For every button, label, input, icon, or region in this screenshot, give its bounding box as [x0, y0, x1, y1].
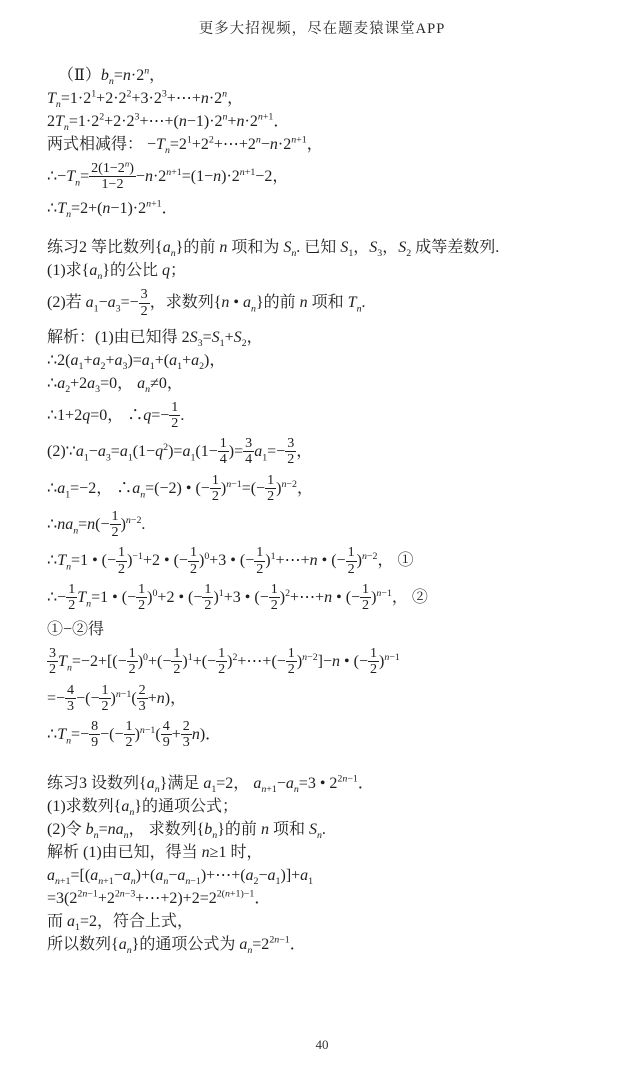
- fraction: 12: [110, 509, 121, 540]
- math-line-13: ∴1+2q=0， ∴q=−12.: [47, 400, 614, 431]
- math-line-29: 而 a1=2，符合上式，: [47, 910, 614, 933]
- fraction: 12: [286, 646, 297, 677]
- math-line-7: 练习2 等比数列{an}的前 n 项和为 Sn. 已知 S1，S3，S2 成等差…: [47, 236, 614, 259]
- fraction: 32: [139, 287, 150, 318]
- math-line-15: ∴a1=−2， ∴an=(−2) • (−12)n−1=(−12)n−2，: [47, 473, 614, 504]
- math-line-23: 练习3 设数列{an}满足 a1=2， an+1−an=3 • 22n−1．: [47, 772, 614, 795]
- fraction: 12: [169, 400, 180, 431]
- math-line-21: =−43−(−12)n−1(23+n)，: [47, 683, 614, 714]
- page-header-watermark: 更多大招视频，尽在题麦猿课堂APP: [0, 0, 644, 38]
- fraction: 12: [265, 473, 276, 504]
- math-line-14: (2)∵a1−a3=a1(1−q2)=a1(1−14)=34a1=−32，: [47, 436, 614, 467]
- math-line-22: ∴Tn=−89−(−12)n−1(49+23n)．: [47, 719, 614, 750]
- math-line-19: ①−②得: [47, 618, 614, 641]
- fraction: 12: [66, 582, 77, 613]
- fraction: 12: [269, 582, 280, 613]
- math-content: （Ⅱ）bn=n·2n，Tn=1·21+2·22+3·23+⋯+n·2n，2Tn=…: [0, 38, 644, 956]
- math-line-4: 两式相减得： −Tn=21+22+⋯+2n−n·2n+1，: [47, 133, 614, 156]
- math-line-20: 32Tn=−2+[(−12)0+(−12)1+(−12)2+⋯+(−12)n−2…: [47, 646, 614, 677]
- fraction: 12: [368, 646, 379, 677]
- math-line-16: ∴nan=n(−12)n−2.: [47, 509, 614, 540]
- math-line-26: 解析 (1)由已知，得当 n≥1 时，: [47, 841, 614, 864]
- fraction: 12: [346, 545, 357, 576]
- math-line-2: Tn=1·21+2·22+3·23+⋯+n·2n，: [47, 87, 614, 110]
- fraction: 49: [161, 719, 172, 750]
- document-page: 更多大招视频，尽在题麦猿课堂APP （Ⅱ）bn=n·2n，Tn=1·21+2·2…: [0, 0, 644, 1086]
- fraction: 12: [136, 582, 147, 613]
- math-line-12: ∴a2+2a3=0， an≠0，: [47, 372, 614, 395]
- math-line-18: ∴−12Tn=1 • (−12)0+2 • (−12)1+3 • (−12)2+…: [47, 582, 614, 613]
- fraction: 32: [47, 646, 58, 677]
- fraction: 2(1−2n)1−2: [89, 161, 136, 192]
- math-line-28: =3(22n−1+22n−3+⋯+2)+2=22(n+1)−1．: [47, 887, 614, 910]
- math-line-17: ∴Tn=1 • (−12)−1+2 • (−12)0+3 • (−12)1+⋯+…: [47, 545, 614, 576]
- fraction: 43: [65, 683, 76, 714]
- fraction: 12: [116, 545, 127, 576]
- fraction: 12: [124, 719, 135, 750]
- fraction: 12: [188, 545, 199, 576]
- fraction: 23: [181, 719, 192, 750]
- math-line-1: （Ⅱ）bn=n·2n，: [58, 64, 614, 87]
- fraction: 32: [285, 436, 296, 467]
- fraction: 12: [254, 545, 265, 576]
- fraction: 89: [89, 719, 100, 750]
- math-line-27: an+1=[(an+1−an)+(an−an−1)+⋯+(a2−a1)]+a1: [47, 864, 614, 887]
- fraction: 12: [210, 473, 221, 504]
- math-line-10: 解析：(1)由已知得 2S3=S1+S2，: [47, 326, 614, 349]
- math-line-30: 所以数列{an}的通项公式为 an=22n−1．: [47, 933, 614, 956]
- math-line-9: (2)若 a1−a3=−32，求数列{n • an}的前 n 项和 Tn.: [47, 287, 614, 318]
- fraction: 12: [360, 582, 371, 613]
- fraction: 12: [127, 646, 138, 677]
- fraction: 12: [202, 582, 213, 613]
- fraction: 12: [171, 646, 182, 677]
- fraction: 12: [216, 646, 227, 677]
- fraction: 14: [218, 436, 229, 467]
- fraction: 34: [243, 436, 254, 467]
- math-line-5: ∴−Tn=2(1−2n)1−2−n·2n+1=(1−n)·2n+1−2，: [47, 161, 614, 192]
- math-line-3: 2Tn=1·22+2·23+⋯+(n−1)·2n+n·2n+1．: [47, 110, 614, 133]
- math-line-25: (2)令 bn=nan， 求数列{bn}的前 n 项和 Sn.: [47, 818, 614, 841]
- page-number: 40: [0, 1037, 644, 1053]
- fraction: 23: [137, 683, 148, 714]
- math-line-6: ∴Tn=2+(n−1)·2n+1．: [47, 197, 614, 220]
- math-line-11: ∴2(a1+a2+a3)=a1+(a1+a2)，: [47, 349, 614, 372]
- math-line-8: (1)求{an}的公比 q；: [47, 259, 614, 282]
- math-line-24: (1)求数列{an}的通项公式；: [47, 795, 614, 818]
- fraction: 12: [99, 683, 110, 714]
